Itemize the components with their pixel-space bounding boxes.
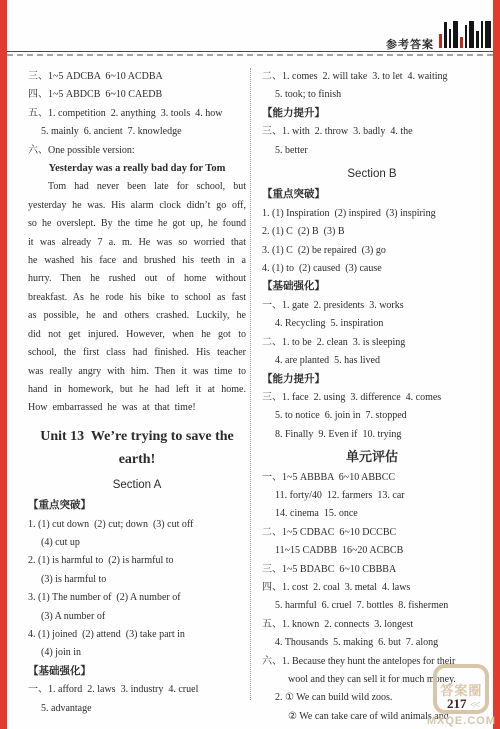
- text-line: 4. are planted 5. has lived: [262, 352, 482, 370]
- header-rule-solid: [7, 51, 493, 52]
- text-line: Section B: [262, 165, 482, 183]
- text-line: Unit 13 We’re trying to save the earth!: [28, 425, 246, 471]
- text-line: 【基础强化】: [262, 278, 482, 296]
- text-line: 三、1~5 BDABC 6~10 CBBBA: [262, 561, 482, 579]
- page-edge-strip-right: [493, 0, 500, 729]
- text-line: 一、1. gate 2. presidents 3. works: [262, 297, 482, 315]
- page-edge-strip-left: [0, 0, 7, 729]
- column-divider: [250, 68, 251, 700]
- text-line: 三、1. face 2. using 3. difference 4. come…: [262, 389, 482, 407]
- text-line: 3. (1) The number of (2) A number of: [28, 589, 246, 607]
- text-line: 【重点突破】: [262, 186, 482, 204]
- page-header-label: 参考答案: [386, 36, 434, 52]
- header-rule-dashed: [7, 54, 493, 56]
- text-line: 【基础强化】: [28, 663, 246, 681]
- text-line: 三、1. with 2. throw 3. badly 4. the: [262, 123, 482, 141]
- text-line: Tom had never been late for school, but …: [28, 178, 246, 417]
- text-line: 5. took; to finish: [262, 86, 482, 104]
- page-number-marks: <<: [470, 699, 478, 711]
- watermark-site-text: MXQE.COM: [427, 715, 496, 727]
- text-line: 11. forty/40 12. farmers 13. car: [262, 487, 482, 505]
- text-line: 六、One possible version:: [28, 142, 246, 160]
- page-number-value: 217: [447, 696, 467, 711]
- text-line: 【能力提升】: [262, 105, 482, 123]
- text-line: (3) is harmful to: [28, 571, 246, 589]
- text-line: 【重点突破】: [28, 497, 246, 515]
- text-line: 2. (1) is harmful to (2) is harmful to: [28, 552, 246, 570]
- text-line: 11~15 CADBB 16~20 ACBCB: [262, 542, 482, 560]
- text-line: 五、1. competition 2. anything 3. tools 4.…: [28, 105, 246, 123]
- text-line: (4) cut up: [28, 534, 246, 552]
- text-line: 五、1. known 2. connects 3. longest: [262, 616, 482, 634]
- text-line: 4. (1) to (2) caused (3) cause: [262, 260, 482, 278]
- text-line: 3. (1) C (2) be repaired (3) go: [262, 242, 482, 260]
- text-line: 14. cinema 15. once: [262, 505, 482, 523]
- text-line: 二、1. comes 2. will take 3. to let 4. wai…: [262, 68, 482, 86]
- text-line: 1. (1) Inspiration (2) inspired (3) insp…: [262, 205, 482, 223]
- text-line: 4. Recycling 5. inspiration: [262, 315, 482, 333]
- text-line: 4. (1) joined (2) attend (3) take part i…: [28, 626, 246, 644]
- text-line: 5. better: [262, 142, 482, 160]
- text-line: 单元评估: [262, 448, 482, 466]
- text-line: 2. (1) C (2) B (3) B: [262, 223, 482, 241]
- text-line: 5. mainly 6. ancient 7. knowledge: [28, 123, 246, 141]
- right-column: 二、1. comes 2. will take 3. to let 4. wai…: [262, 68, 482, 726]
- text-line: 三、1~5 ADCBA 6~10 ACDBA: [28, 68, 246, 86]
- text-line: (4) join in: [28, 644, 246, 662]
- page-number: 217 <<: [447, 696, 478, 712]
- text-line: 一、1~5 ABBBA 6~10 ABBCC: [262, 469, 482, 487]
- text-line: Yesterday was a really bad day for Tom: [28, 160, 246, 178]
- answer-key-page: 参考答案 三、1~5 ADCBA 6~10 ACDBA四、1~5 ABDCB 6…: [0, 0, 500, 729]
- text-line: Section A: [28, 476, 246, 494]
- text-line: 【能力提升】: [262, 371, 482, 389]
- text-line: 1. (1) cut down (2) cut; down (3) cut of…: [28, 516, 246, 534]
- text-line: 8. Finally 9. Even if 10. trying: [262, 426, 482, 444]
- text-line: 二、1. to be 2. clean 3. is sleeping: [262, 334, 482, 352]
- text-line: 5. advantage: [28, 700, 246, 718]
- text-line: (3) A number of: [28, 608, 246, 626]
- left-column: 三、1~5 ADCBA 6~10 ACDBA四、1~5 ABDCB 6~10 C…: [28, 68, 246, 718]
- text-line: 四、1. cost 2. coal 3. metal 4. laws: [262, 579, 482, 597]
- text-line: 5. to notice 6. join in 7. stopped: [262, 407, 482, 425]
- text-line: 四、1~5 ABDCB 6~10 CAEDB: [28, 86, 246, 104]
- text-line: 一、1. afford 2. laws 3. industry 4. cruel: [28, 681, 246, 699]
- text-line: 二、1~5 CDBAC 6~10 DCCBC: [262, 524, 482, 542]
- barcode-stamp-icon: [439, 17, 491, 48]
- text-line: 4. Thousands 5. making 6. but 7. along: [262, 634, 482, 652]
- text-line: 5. harmful 6. cruel 7. bottles 8. fisher…: [262, 597, 482, 615]
